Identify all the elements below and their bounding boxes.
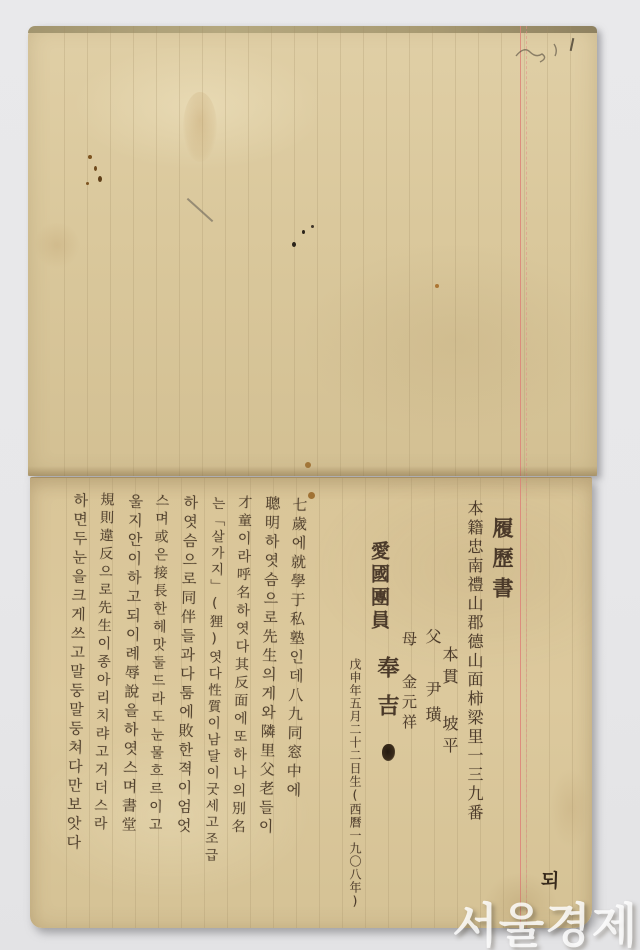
affiliation-column: 愛國團員 [369, 541, 388, 633]
black-speck [302, 230, 305, 234]
signature-name: 奉吉 [375, 656, 397, 732]
watermark-seoul-economic: 서울경제 [452, 889, 638, 950]
ink-speck [98, 176, 102, 182]
pencil-scribble [512, 38, 558, 72]
father-column: 父 尹璜 [424, 628, 440, 731]
edge-stain [34, 221, 80, 269]
fold-shadow [28, 466, 597, 476]
ink-speck [86, 182, 89, 185]
brown-dot [308, 492, 315, 499]
black-speck [311, 225, 314, 228]
brown-speck [435, 284, 439, 288]
ink-speck [88, 155, 92, 159]
edge-stain [550, 768, 590, 848]
registry-column: 本籍忠南禮山郡德山面柿梁里一三九番 [466, 500, 482, 823]
clan-column: 本貫 坡平 [441, 646, 457, 759]
red-margin-line-top [520, 26, 521, 476]
document-title: 履歷書 [491, 517, 512, 607]
red-margin-line-bottom-dashed [526, 478, 527, 928]
birthdate-column: 戊申年五月二十二日生(西曆一九〇八年) [349, 658, 361, 909]
photo-backdrop: 履歷書 本籍忠南禮山郡德山面柿梁里一三九番 本貫 坡平 父 尹璜 母 金元祥 愛… [0, 0, 640, 950]
notebook-page-top [28, 26, 597, 476]
ink-speck [94, 166, 97, 171]
black-speck [292, 242, 296, 247]
ruled-lines-top [42, 26, 589, 476]
red-margin-line-bottom [520, 478, 521, 928]
water-stain [183, 92, 217, 162]
red-margin-line-top-dashed [526, 26, 527, 476]
mother-column: 母 金元祥 [401, 631, 416, 734]
